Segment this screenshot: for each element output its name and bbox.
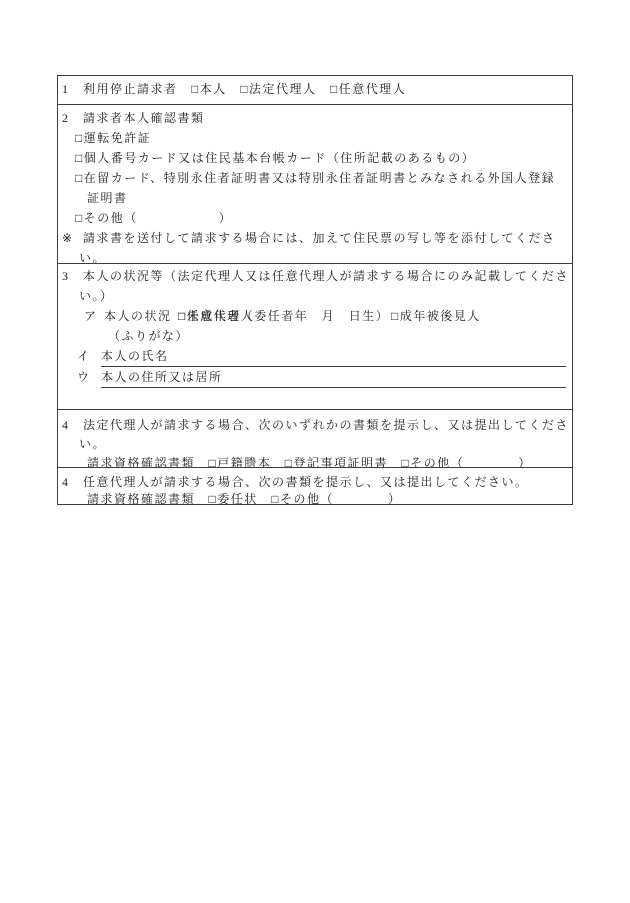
identity-title-line: 2請求者本人確認書類 [58, 108, 572, 128]
legal-agent-title-wrap: い。 [58, 435, 572, 454]
section-voluntary-agent-documents: 4任意代理人が請求する場合、次の書類を提示し、又は提出してください。 請求資格確… [58, 467, 572, 504]
principal-address-row: ウ 本人の住所又は居所 [58, 367, 572, 388]
checkbox-minor: □未成年者（ 年 月 日生） [178, 306, 389, 326]
mail-note-wrap: い。 [58, 248, 572, 263]
checkbox-drivers-license: □運転免許証 [58, 128, 572, 148]
section-identity-documents: 2請求者本人確認書類 □運転免許証 □個人番号カード又は住民基本台帳カード（住所… [58, 104, 572, 263]
legal-agent-title: 法定代理人が請求する場合、次のいずれかの書類を提示し、又は提出してくださ [83, 418, 569, 432]
item-number-2: 2 [58, 108, 83, 128]
voluntary-agent-title-line: 4任意代理人が請求する場合、次の書類を提示し、又は提出してください。 [58, 474, 572, 491]
principal-address-label: 本人の住所又は居所 [101, 370, 223, 384]
legal-agent-docs-line: 請求資格確認書類 □戸籍謄本 □登記事項証明書 □その他（ ） [58, 454, 572, 467]
status-title: 本人の状況等（法定代理人又は任意代理人が請求する場合にのみ記載してくださ [83, 269, 569, 283]
legal-agent-title-line: 4法定代理人が請求する場合、次のいずれかの書類を提示し、又は提出してくださ [58, 416, 572, 435]
requester-options: 利用停止請求者 □本人 □法定代理人 □任意代理人 [83, 82, 406, 96]
principal-address-field: 本人の住所又は居所 [101, 367, 566, 388]
section-requester: 1利用停止請求者 □本人 □法定代理人 □任意代理人 [58, 76, 572, 104]
status-title-line: 3本人の状況等（法定代理人又は任意代理人が請求する場合にのみ記載してくださ [58, 266, 572, 286]
status-title-wrap: い。） [58, 286, 572, 306]
section-legal-agent-documents: 4法定代理人が請求する場合、次のいずれかの書類を提示し、又は提出してくださ い。… [58, 409, 572, 467]
requester-line: 1利用停止請求者 □本人 □法定代理人 □任意代理人 [58, 76, 572, 103]
section-principal-status: 3本人の状況等（法定代理人又は任意代理人が請求する場合にのみ記載してくださ い。… [58, 263, 572, 409]
label-u: ウ [77, 367, 101, 388]
identity-title: 請求者本人確認書類 [83, 111, 205, 125]
checkbox-other-identity: □その他（ ） [58, 208, 572, 228]
mail-note-line: ※請求書を送付して請求する場合には、加えて住民票の写し等を添付してくださ [58, 228, 572, 248]
label-a: ア [84, 306, 98, 326]
mail-note: 請求書を送付して請求する場合には、加えて住民票の写し等を添付してくださ [83, 231, 556, 245]
item-number-4a: 4 [58, 416, 83, 435]
request-form-table: 1利用停止請求者 □本人 □法定代理人 □任意代理人 2請求者本人確認書類 □運… [57, 75, 573, 505]
voluntary-agent-title: 任意代理人が請求する場合、次の書類を提示し、又は提出してください。 [83, 475, 529, 489]
checkbox-adult-ward: □成年被後見人 [391, 306, 481, 326]
checkbox-mynumber-card: □個人番号カード又は住民基本台帳カード（住所記載のあるもの） [58, 148, 572, 168]
principal-name-field: 本人の氏名 [101, 346, 566, 367]
item-number-4b: 4 [58, 474, 83, 491]
principal-name-label: 本人の氏名 [101, 349, 169, 363]
note-mark: ※ [58, 228, 83, 248]
furigana-label: （ふりがな） [58, 326, 572, 346]
label-i: イ [77, 346, 101, 367]
principal-name-row: イ 本人の氏名 [58, 346, 572, 367]
voluntary-agent-docs-line: 請求資格確認書類 □委任状 □その他（ ） [58, 491, 572, 504]
item-number-1: 1 [58, 76, 83, 103]
checkbox-residence-card-wrap: 証明書 [58, 188, 572, 208]
item-number-3: 3 [58, 266, 83, 286]
status-label: 本人の状況 [104, 306, 172, 326]
checkbox-residence-card: □在留カード、特別永住者証明書又は特別永住者証明書とみなされる外国人登録 [58, 168, 572, 188]
